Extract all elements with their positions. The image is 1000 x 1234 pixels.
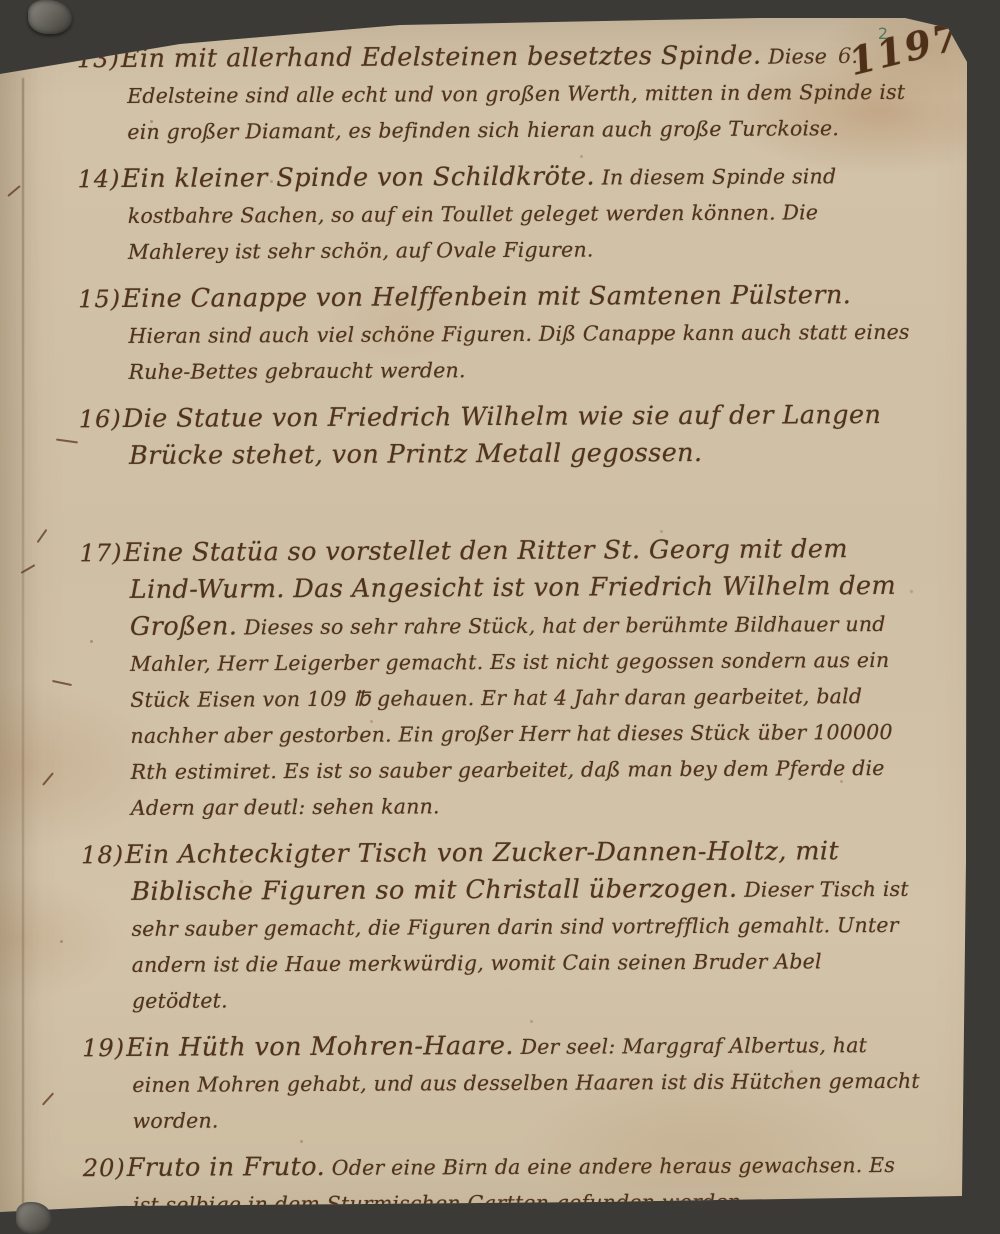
margin-ink-mark	[42, 1092, 54, 1105]
entry-heading: Fruto in Fruto.	[127, 1152, 325, 1183]
margin-ink-mark	[7, 185, 21, 197]
entry-13: 13)Ein mit allerhand Edelsteinen besetzt…	[77, 38, 916, 151]
entry-number: 20)	[83, 1151, 127, 1185]
entry-14: 14)Ein kleiner Spinde von Schildkröte.In…	[78, 158, 917, 271]
entry-17: 17)Eine Statüa so vorstellet den Ritter …	[79, 532, 919, 827]
entry-number: 15)	[78, 282, 122, 316]
entry-heading: Ein Hüth von Mohren-Haare.	[126, 1031, 514, 1063]
manuscript-page: 2 6. 1197 13)Ein mit allerhand Edelstein…	[0, 0, 1000, 1234]
entry-number: 17)	[79, 536, 123, 570]
binding-thread-top	[28, 0, 72, 34]
entry-number: 16)	[79, 402, 123, 436]
entry-heading: Ein Achteckigter Tisch von Zucker-Dannen…	[125, 836, 839, 907]
manuscript-text: 13)Ein mit allerhand Edelsteinen besetzt…	[77, 38, 921, 1234]
entry-16: 16)Die Statue von Friedrich Wilhelm wie …	[79, 398, 917, 476]
entry-number: 18)	[81, 838, 125, 872]
binding-fold-line	[22, 78, 24, 1204]
entry-heading: Eine Canappe von Helffenbein mit Samtene…	[122, 280, 851, 314]
margin-ink-mark	[42, 772, 54, 786]
manuscript-scan: 2 6. 1197 13)Ein mit allerhand Edelstein…	[0, 0, 1000, 1234]
margin-ink-mark	[52, 680, 72, 686]
entry-20: 20)Fruto in Fruto.Oder eine Birn da eine…	[83, 1147, 921, 1224]
entry-heading: Die Statue von Friedrich Wilhelm wie sie…	[123, 400, 882, 471]
binding-thread-bottom	[16, 1202, 52, 1234]
entry-number: 13)	[77, 42, 121, 76]
margin-ink-mark	[56, 438, 78, 443]
entry-body: Dieses so sehr rahre Stück, hat der berü…	[130, 612, 893, 820]
entry-number: 19)	[82, 1031, 126, 1065]
entry-number: 14)	[78, 162, 122, 196]
entry-19: 19)Ein Hüth von Mohren-Haare.Der seel: M…	[82, 1027, 921, 1140]
entry-18: 18)Ein Achteckigter Tisch von Zucker-Dan…	[81, 834, 920, 1020]
entry-15: 15)Eine Canappe von Helffenbein mit Samt…	[78, 278, 917, 391]
margin-ink-mark	[37, 529, 48, 543]
entry-heading: Ein kleiner Spinde von Schildkröte.	[122, 161, 596, 193]
entry-heading: Ein mit allerhand Edelsteinen besetztes …	[121, 41, 762, 74]
